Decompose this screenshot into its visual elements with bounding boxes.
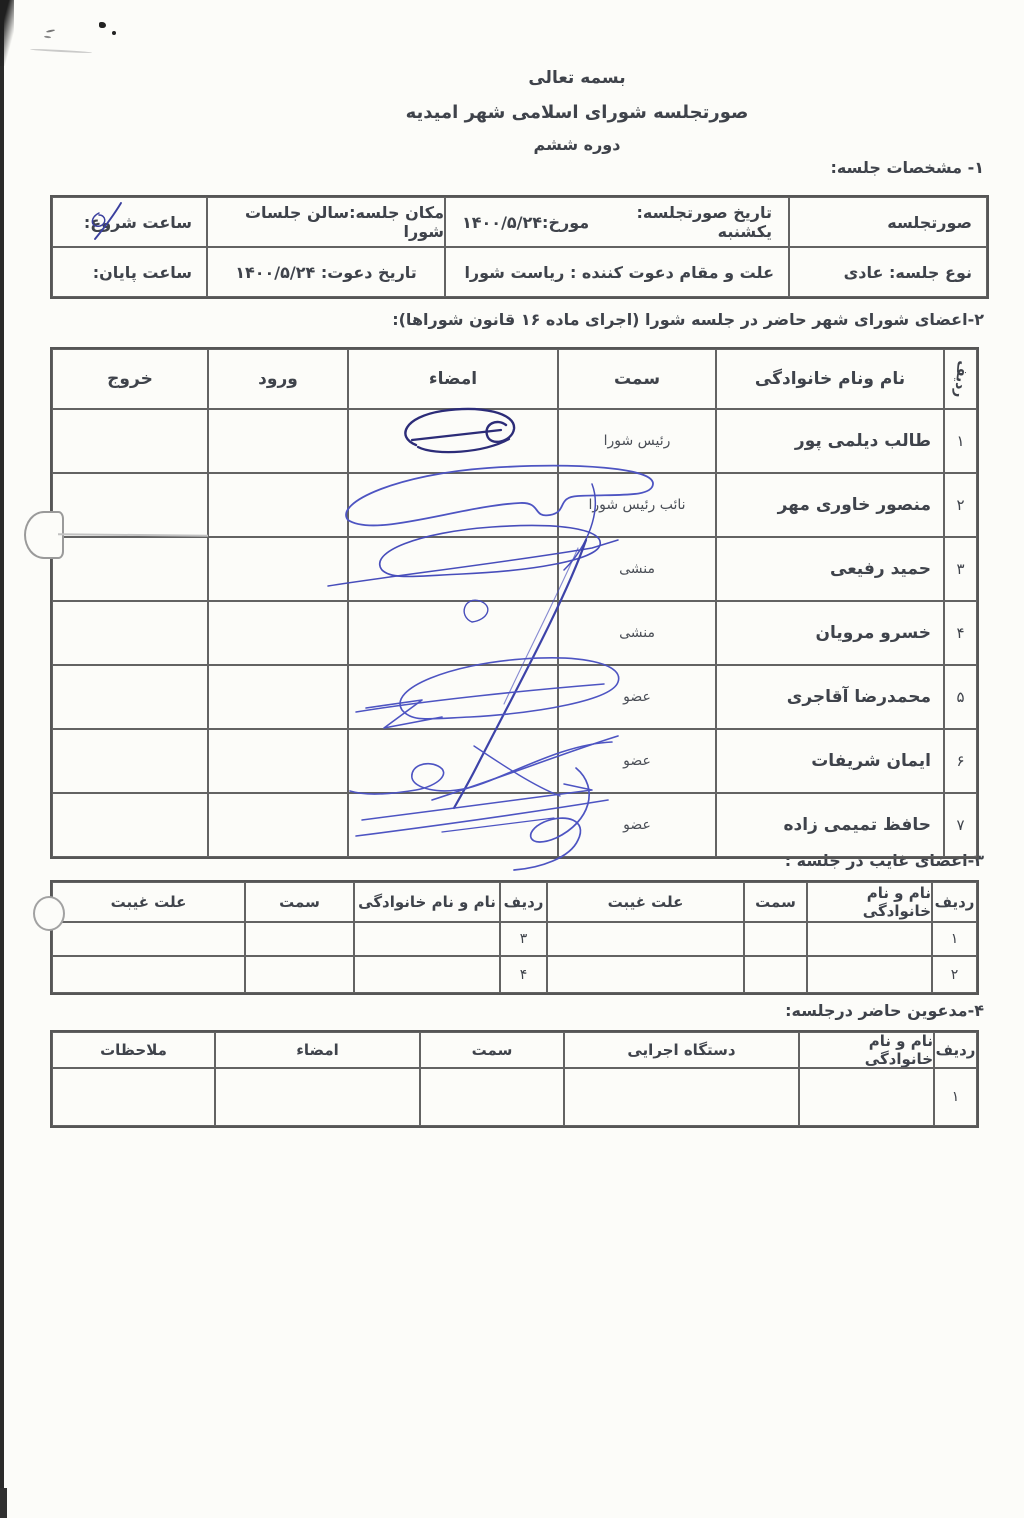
col-header-radif: ردیف [500,882,547,922]
exit-cell [52,665,208,729]
absent-name-cell [807,922,932,956]
inviter-cell: علت و مقام دعوت کننده : ریاست شورا [445,247,789,297]
absent-position-cell [744,922,807,956]
section4-heading: ۴-مدعوین حاضر درجلسه: [785,1001,984,1020]
meeting-info-table: صورتجلسه تاریخ صورتجلسه: یکشنبه مورخ:۱۴۰… [50,195,989,299]
row-number-cell: ۱ [944,409,977,473]
col-header-agency: دستگاه اجرایی [564,1032,799,1068]
col-header-signature: امضاء [348,349,558,409]
invitee-name-cell [799,1068,934,1126]
entry-cell [208,793,348,857]
scanned-page: بسمه تعالی صورتجلسه شورای اسلامی شهر امی… [0,0,1024,1518]
section2-heading: ۲-اعضای شورای شهر حاضر در جلسه شورا (اجر… [392,310,984,329]
col-header-name: نام ونام خانوادگی [716,349,944,409]
exit-cell [52,601,208,665]
entry-cell [208,601,348,665]
absent-members-table: ردیف نام و نام خانوادگی سمت علت غیبت ردی… [50,880,979,995]
exit-cell [52,729,208,793]
absent-name-cell [354,956,500,993]
location-cell: مکان جلسه:سالن جلسات شورا [207,197,445,247]
signature-cell [348,473,558,537]
col-header-absence-reason: علت غیبت [52,882,245,922]
row-number-cell: ۶ [944,729,977,793]
row-number-cell: ۱ [932,922,977,956]
row-number-cell: ۵ [944,665,977,729]
row-number-cell: ۱ [934,1068,977,1126]
signature-cell [348,601,558,665]
invitees-table: ردیف نام و نام خانوادگی دستگاه اجرایی سم… [50,1030,979,1128]
member-position-cell: منشی [558,601,716,665]
signature-cell [348,537,558,601]
record-label-cell: صورتجلسه [789,197,987,247]
row-number-cell: ۳ [500,922,547,956]
signature-cell [348,665,558,729]
exit-cell [52,409,208,473]
col-header-position: سمت [420,1032,564,1068]
meeting-date-cell: تاریخ صورتجلسه: یکشنبه مورخ:۱۴۰۰/۵/۲۴ [445,197,789,247]
signature-cell [348,793,558,857]
col-header-radif: ردیف [932,882,977,922]
entry-cell [208,665,348,729]
absent-position-cell [245,922,354,956]
member-position-cell: عضو [558,793,716,857]
ink-speck [112,31,116,35]
radif-rotated-label: ردیف [951,360,970,398]
ink-speck [44,36,51,39]
entry-cell [208,729,348,793]
member-position-cell: نائب رئیس شورا [558,473,716,537]
present-members-table: ردیف نام ونام خانوادگی سمت امضاء ورود خر… [50,347,979,859]
end-time-cell: ساعت پایان: [52,247,207,297]
absence-reason-cell [547,956,744,993]
meeting-date-text: تاریخ صورتجلسه: یکشنبه [589,203,772,241]
morekh-text: مورخ:۱۴۰۰/۵/۲۴ [462,213,589,232]
document-title: صورتجلسه شورای اسلامی شهر امیدیه [130,102,1024,123]
row-number-cell: ۲ [944,473,977,537]
invitee-agency-cell [564,1068,799,1126]
section1-heading: ۱- مشخصات جلسه: [830,158,984,177]
col-header-position: سمت [245,882,354,922]
member-position-cell: عضو [558,729,716,793]
scan-corner-artifact [0,1488,7,1518]
besmele-line: بسمه تعالی [130,68,1024,88]
member-name-cell: حمید رفیعی [716,537,944,601]
absent-name-cell [354,922,500,956]
col-header-position: سمت [744,882,807,922]
invitee-position-cell [420,1068,564,1126]
col-header-exit: خروج [52,349,208,409]
col-header-signature: امضاء [215,1032,420,1068]
col-header-radif: ردیف [934,1032,977,1068]
member-name-cell: حافظ تمیمی زاده [716,793,944,857]
meeting-type-cell: نوع جلسه: عادی [789,247,987,297]
absence-reason-cell [52,956,245,993]
row-number-cell: ۳ [944,537,977,601]
row-number-cell: ۷ [944,793,977,857]
invite-date-cell: تاریخ دعوت: ۱۴۰۰/۵/۲۴ [207,247,445,297]
absent-position-cell [744,956,807,993]
col-header-absence-reason: علت غیبت [547,882,744,922]
exit-cell [52,537,208,601]
start-time-cell: ساعت شروع: [52,197,207,247]
member-name-cell: منصور خاوری مهر [716,473,944,537]
document-header: بسمه تعالی صورتجلسه شورای اسلامی شهر امی… [130,68,1024,154]
row-number-cell: ۴ [500,956,547,993]
absence-reason-cell [547,922,744,956]
member-name-cell: ایمان شریفات [716,729,944,793]
absent-position-cell [245,956,354,993]
ink-speck [99,22,106,28]
member-position-cell: رئیس شورا [558,409,716,473]
ink-speck [46,29,55,33]
invitee-signature-cell [215,1068,420,1126]
row-number-cell: ۴ [944,601,977,665]
scan-edge-artifact [0,0,4,1518]
scan-corner-artifact [0,0,14,66]
ink-speck [30,48,92,53]
col-header-name: نام و نام خانوادگی [807,882,932,922]
member-position-cell: عضو [558,665,716,729]
col-header-position: سمت [558,349,716,409]
member-name-cell: طالب دیلمی پور [716,409,944,473]
col-header-name: نام و نام خانوادگی [799,1032,934,1068]
col-header-notes: ملاحظات [52,1032,215,1068]
exit-cell [52,473,208,537]
col-header-entry: ورود [208,349,348,409]
invitee-notes-cell [52,1068,215,1126]
col-header-radif: ردیف [944,349,977,409]
member-position-cell: منشی [558,537,716,601]
entry-cell [208,473,348,537]
entry-cell [208,409,348,473]
entry-cell [208,537,348,601]
col-header-name: نام و نام خانوادگی [354,882,500,922]
row-number-cell: ۲ [932,956,977,993]
member-name-cell: خسرو مرویان [716,601,944,665]
signature-cell [348,409,558,473]
absent-name-cell [807,956,932,993]
signature-cell [348,729,558,793]
member-name-cell: محمدرضا آقاجری [716,665,944,729]
absence-reason-cell [52,922,245,956]
punch-hole-mark [33,896,65,931]
exit-cell [52,793,208,857]
term-line: دوره ششم [130,135,1024,154]
